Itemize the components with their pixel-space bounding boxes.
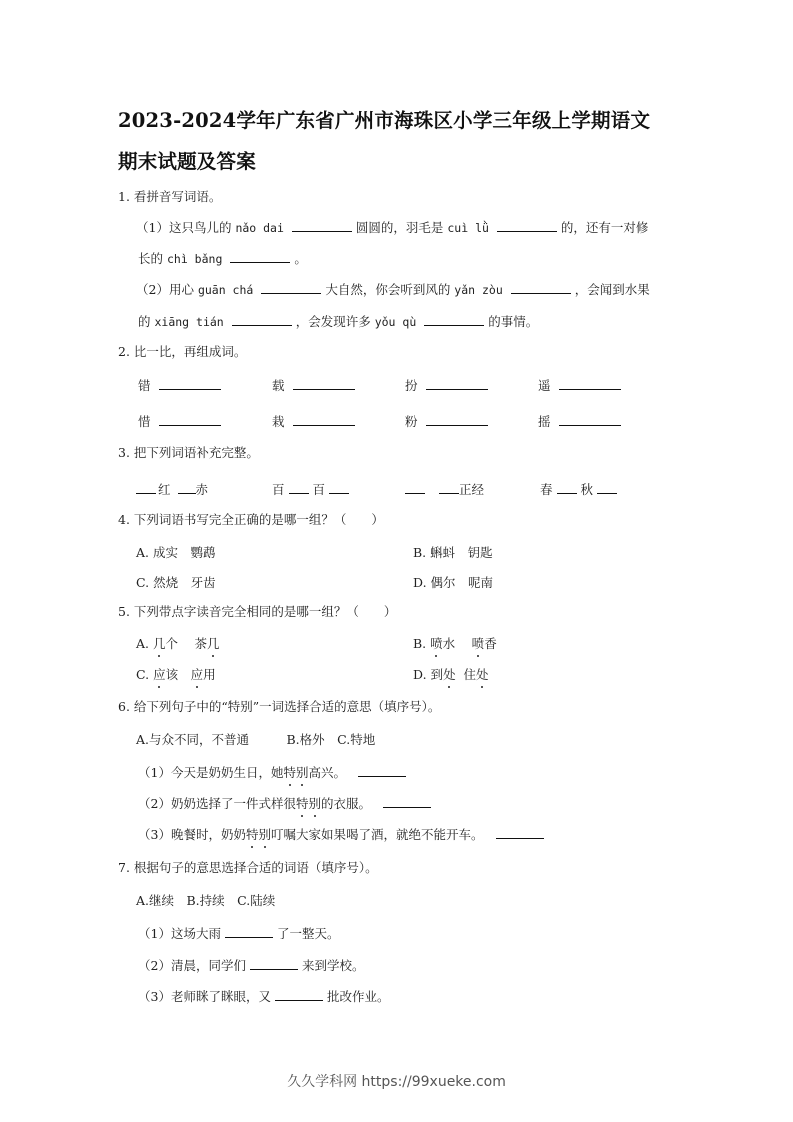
q5-option-c[interactable]: C. 应该 应用 [136, 665, 216, 683]
q1-text: 大自然，你会听到风的 [325, 282, 454, 297]
answer-blank[interactable] [261, 281, 321, 294]
sentence-text: （2）奶奶选择了一件式样很 [138, 796, 296, 811]
sentence-text: （3）老师眯了眯眼，又 [138, 989, 275, 1004]
dotted-char: 特 [283, 765, 296, 781]
pinyin: guān chá [198, 283, 253, 297]
q7-choices: A.继续 B.持续 C.陆续 [136, 893, 275, 909]
char: 百 [313, 482, 326, 497]
sentence-text: （3）晚餐时，奶奶 [138, 827, 246, 842]
answer-blank[interactable] [496, 826, 544, 839]
q4-stem: 4. 下列词语书写完全正确的是哪一组？（ ） [118, 512, 384, 528]
sentence-text: 批改作业。 [327, 989, 390, 1004]
q5-option-b[interactable]: B. 喷水 喷香 [413, 634, 497, 652]
char: 春 [540, 482, 553, 497]
q7-stem: 7. 根据句子的意思选择合适的词语（填序号）。 [118, 860, 378, 876]
q1-text: 圆圆的，羽毛是 [356, 220, 447, 235]
exam-page: 2023-2024学年广东省广州市海珠区小学三年级上学期语文 期末试题及答案 1… [0, 0, 793, 1122]
option-label: B. [413, 545, 426, 560]
answer-blank[interactable] [426, 377, 488, 390]
sentence-text: （1）这场大雨 [138, 926, 225, 941]
char: 茶 [195, 636, 208, 651]
q3-item: 红 赤 [136, 480, 208, 498]
q2-item: 错 [138, 376, 225, 394]
answer-blank[interactable] [136, 481, 156, 494]
answer-blank[interactable] [424, 313, 484, 326]
dotted-char: 几 [153, 634, 166, 652]
option-label: D. [413, 667, 427, 682]
option-label: A. [136, 545, 149, 560]
q4-option-b[interactable]: B. 蝌蚪 钥匙 [413, 543, 493, 561]
q7-sentence-1: （1）这场大雨 了一整天。 [138, 925, 339, 942]
char: 惜 [138, 414, 151, 429]
dotted-char: 别 [308, 796, 321, 812]
q2-item: 载 [272, 376, 359, 394]
answer-blank[interactable] [178, 481, 196, 494]
char: 扮 [405, 378, 418, 393]
q1-text: 的，还有一对修 [561, 220, 649, 235]
q4-option-d[interactable]: D. 偶尔 呢南 [413, 573, 493, 591]
pinyin: yǒu qù [375, 315, 417, 329]
pinyin: xiāng tián [154, 315, 223, 329]
q2-item: 粉 [405, 412, 492, 430]
option-label: C. [136, 575, 149, 590]
dotted-char: 特 [246, 827, 259, 843]
option-label: C. [136, 667, 149, 682]
answer-blank[interactable] [250, 957, 298, 970]
dotted-char: 处 [443, 665, 456, 683]
option-text: 偶尔 呢南 [431, 575, 494, 590]
q1-text: 的 [138, 314, 154, 329]
sentence-text: （1）今天是奶奶生日，她 [138, 765, 283, 780]
answer-blank[interactable] [358, 764, 406, 777]
sentence-text: 了一整天。 [277, 926, 340, 941]
q6-stem: 6. 给下列句子中的“特别”一词选择合适的意思（填序号）。 [118, 699, 440, 715]
q2-stem: 2. 比一比，再组成词。 [118, 344, 246, 360]
char: 正经 [459, 482, 484, 497]
q6-sentence-3: （3）晚餐时，奶奶特别叮嘱大家如果喝了酒，就绝不能开车。 [138, 826, 548, 843]
char: 水 [443, 636, 456, 651]
answer-blank[interactable] [159, 377, 221, 390]
char: 到 [431, 667, 444, 682]
pinyin: chì bǎng [167, 252, 222, 266]
q6-choices: A.与众不同，不普通 B.格外 C.特地 [136, 732, 375, 748]
q2-item: 惜 [138, 412, 225, 430]
sentence-text: 高兴。 [309, 765, 347, 780]
char: 遥 [538, 378, 551, 393]
char: 错 [138, 378, 151, 393]
char: 红 [158, 482, 171, 497]
dotted-char: 别 [296, 765, 309, 781]
answer-blank[interactable] [597, 481, 617, 494]
q6-sentence-2: （2）奶奶选择了一件式样很特别的衣服。 [138, 795, 435, 812]
footer-watermark: 久久学科网 https://99xueke.com [0, 1071, 793, 1091]
char: 用 [203, 667, 216, 682]
q3-item: 百百 [272, 480, 353, 498]
answer-blank[interactable] [383, 795, 431, 808]
char: 栽 [272, 414, 285, 429]
option-text: 成实 鹦鹉 [153, 545, 216, 560]
answer-blank[interactable] [329, 481, 349, 494]
q3-item: 春秋 [540, 480, 621, 498]
q1-text: ，会闻到水果 [575, 282, 650, 297]
q1-text: ，会发现许多 [296, 314, 375, 329]
answer-blank[interactable] [159, 413, 221, 426]
q4-option-a[interactable]: A. 成实 鹦鹉 [136, 543, 216, 561]
q2-item: 栽 [272, 412, 359, 430]
option-label: D. [413, 575, 427, 590]
option-text: 然烧 牙齿 [153, 575, 216, 590]
dotted-char: 特 [296, 796, 309, 812]
pinyin: yǎn zòu [454, 283, 502, 297]
answer-blank[interactable] [225, 925, 273, 938]
q1-part2-line1: （2）用心 guān chá 大自然，你会听到风的 yǎn zòu ，会闻到水果 [136, 281, 650, 298]
answer-blank[interactable] [557, 481, 577, 494]
q2-item: 扮 [405, 376, 492, 394]
sentence-text: 的衣服。 [321, 796, 371, 811]
page-title-line2: 期末试题及答案 [118, 146, 688, 174]
answer-blank[interactable] [559, 377, 621, 390]
q1-part1-line2: 长的 chì bǎng 。 [138, 250, 307, 267]
option-label: B. [413, 636, 426, 651]
q6-sentence-1: （1）今天是奶奶生日，她特别高兴。 [138, 764, 410, 781]
answer-blank[interactable] [559, 413, 621, 426]
answer-blank[interactable] [232, 313, 292, 326]
char: 香 [484, 636, 497, 651]
q1-text: 。 [294, 251, 307, 266]
q1-text: 长的 [138, 251, 167, 266]
answer-blank[interactable] [511, 281, 571, 294]
q5-option-d[interactable]: D. 到处 住处 [413, 665, 489, 683]
q1-part1-line1: （1）这只鸟儿的 nǎo dai 圆圆的，羽毛是 cuì lǜ 的，还有一对修 [136, 219, 648, 236]
answer-blank[interactable] [497, 219, 557, 232]
q1-stem: 1. 看拼音写词语。 [118, 189, 221, 205]
dotted-char: 喷 [472, 634, 485, 652]
pinyin: cuì lǜ [447, 221, 489, 235]
q5-stem: 5. 下列带点字读音完全相同的是哪一组？（ ） [118, 604, 396, 620]
dotted-char: 应 [191, 665, 204, 683]
sentence-text: （2）清晨，同学们 [138, 958, 250, 973]
q3-stem: 3. 把下列词语补充完整。 [118, 445, 259, 461]
answer-blank[interactable] [426, 413, 488, 426]
char: 百 [272, 482, 285, 497]
char: 该 [166, 667, 179, 682]
q4-option-c[interactable]: C. 然烧 牙齿 [136, 573, 216, 591]
answer-blank[interactable] [230, 250, 290, 263]
q3-item: 正经 [405, 480, 484, 498]
answer-blank[interactable] [292, 219, 352, 232]
char: 住 [464, 667, 477, 682]
sentence-text: 来到学校。 [302, 958, 365, 973]
answer-blank[interactable] [439, 481, 459, 494]
sentence-text: 叮嘱大家如果喝了酒，就绝不能开车。 [271, 827, 484, 842]
dotted-char: 处 [476, 665, 489, 683]
answer-blank[interactable] [289, 481, 309, 494]
q2-item: 摇 [538, 412, 625, 430]
dotted-char: 几 [207, 634, 220, 652]
answer-blank[interactable] [293, 413, 355, 426]
dotted-char: 应 [153, 665, 166, 683]
char: 粉 [405, 414, 418, 429]
char: 摇 [538, 414, 551, 429]
q1-part2-line2: 的 xiāng tián ，会发现许多 yǒu qù 的事情。 [138, 313, 538, 330]
dotted-char: 喷 [430, 634, 443, 652]
answer-blank[interactable] [405, 481, 425, 494]
q2-item: 遥 [538, 376, 625, 394]
char: 赤 [196, 482, 209, 497]
char: 个 [166, 636, 179, 651]
dotted-char: 别 [258, 827, 271, 843]
pinyin: nǎo dai [235, 221, 283, 235]
page-title-line1: 2023-2024学年广东省广州市海珠区小学三年级上学期语文 [118, 105, 688, 133]
option-label: A. [136, 636, 149, 651]
char: 载 [272, 378, 285, 393]
char: 秋 [581, 482, 594, 497]
q7-sentence-3: （3）老师眯了眯眼，又 批改作业。 [138, 988, 389, 1005]
answer-blank[interactable] [293, 377, 355, 390]
option-text: 蝌蚪 钥匙 [430, 545, 493, 560]
q1-text: 的事情。 [488, 314, 538, 329]
q1-text: （2）用心 [136, 282, 198, 297]
answer-blank[interactable] [275, 988, 323, 1001]
q5-option-a[interactable]: A. 几个 茶几 [136, 634, 220, 652]
q7-sentence-2: （2）清晨，同学们 来到学校。 [138, 957, 364, 974]
q1-text: （1）这只鸟儿的 [136, 220, 235, 235]
